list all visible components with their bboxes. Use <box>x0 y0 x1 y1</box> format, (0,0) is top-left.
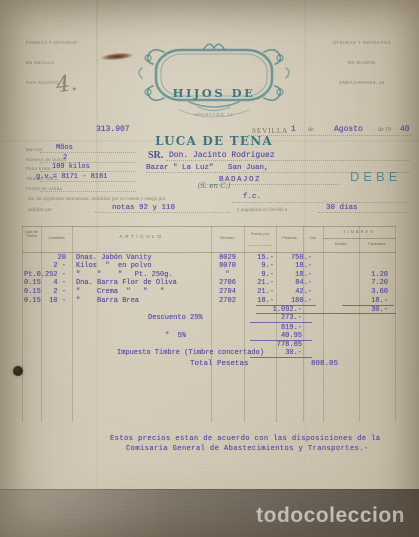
brand-line2: LUCA DE TENA <box>134 135 294 148</box>
cell-cantidad: 2 - <box>36 262 66 270</box>
adjustment-amount: 778.05 <box>250 341 302 349</box>
invoice-document: FÁBRICA Y OFICINAS EN SEVILLA SAN JACINT… <box>0 0 419 537</box>
table-row: 2 - Kilos " en polvo 8070 9.- 18.- <box>0 262 419 271</box>
table-row: 0.15 4 - Dna. Barra Flor de Oliva 2706 2… <box>0 279 419 288</box>
left-office-line2: EN SEVILLA <box>26 60 122 67</box>
letterhead-right-office: OFICINAS Y DEPÓSITOS EN MADRID EMBAJADOR… <box>314 27 410 100</box>
terms-line2-typed-a: notas 92 y 110 <box>112 204 175 212</box>
adjustment-label: Descuento 25% <box>148 314 203 322</box>
table-row: 0.15 2 - " Crema " " " 2704 21.- 42.- 3.… <box>0 288 419 297</box>
total-amount: 808.05 <box>286 360 338 368</box>
cell-articulo: " Crema " " " <box>76 288 164 296</box>
shipment-value-bultos: 2 <box>63 154 67 162</box>
col-header-articulo: ARTÍCULO <box>72 235 211 241</box>
cell-pesetas: 180.- <box>260 297 312 305</box>
cell-pesetas: 18.- <box>260 262 312 270</box>
col-header-timbres: TIMBRES <box>323 230 395 235</box>
cell-pesetas: 42.- <box>260 288 312 296</box>
date-month: Agosto <box>334 125 363 134</box>
date-day: 1 <box>291 125 296 134</box>
right-office-line3: EMBAJADORES, 29 <box>314 80 410 87</box>
cell-timbre: 18.- <box>344 297 388 305</box>
watermark-bar: todocoleccion <box>0 489 419 537</box>
right-office-line1: OFICINAS Y DEPÓSITOS <box>314 40 410 47</box>
left-office-line1: FÁBRICA Y OFICINAS <box>26 40 122 47</box>
pencil-mark: 4. <box>54 71 78 99</box>
shipment-value-marcas: Môos <box>56 144 73 152</box>
cell-articulo: Dnas. Jabón Vanity <box>76 254 152 262</box>
adjustment-label: Impuesto Timbre (Timbre concertado) <box>117 349 264 357</box>
col-header-cantidad: Cantidad <box>41 236 72 241</box>
brand-line1: HIJOS DE <box>134 87 294 100</box>
cell-pesetas: 84.- <box>260 279 312 287</box>
col-header-pesetas: Pesetas <box>276 236 303 241</box>
adjustment-amount: 40.95 <box>250 332 302 340</box>
customer-city: BADAJOZ <box>219 176 261 184</box>
cell-cantidad: 2 - <box>36 288 66 296</box>
cell-pesetas: 18.- <box>260 271 312 279</box>
col-header-precio: Precio por <box>244 232 276 237</box>
date-de19: de 19 <box>378 127 391 133</box>
cell-cantidad: 2 - <box>36 271 66 279</box>
adjustment-amount: 30.- <box>250 349 302 357</box>
cell-articulo: Dna. Barra Flor de Oliva <box>76 279 177 287</box>
footer-note-line1: Estos precios estan de acuerdo con las d… <box>110 435 380 443</box>
customer-street: San Juan, <box>228 164 269 172</box>
cell-timbre: 1.20 <box>344 271 388 279</box>
cell-cantidad: 4 - <box>36 279 66 287</box>
cell-articulo: Kilos " en polvo <box>76 262 152 270</box>
adjustment-label: " 5% <box>165 332 186 340</box>
customer-business: Bazar " La Luz" <box>146 164 214 172</box>
date-year: 40 <box>400 125 410 134</box>
footer-note-line2: Comisaría General de Abastecimientos y T… <box>126 445 369 453</box>
cell-pesetas: 750.- <box>260 254 312 262</box>
shipment-value-talones: g.v.= 8171 - 8181 <box>36 173 107 181</box>
terms-line1-print: por las siguientes mercancías, remitidas… <box>28 196 166 202</box>
col-header-timbres-moviles: Móviles <box>323 242 359 246</box>
total-label: Total Pesetas <box>190 360 249 368</box>
terms-line2-print-a: pedidas por <box>28 207 52 213</box>
invoice-number: 313.907 <box>96 125 130 134</box>
adjustment-amount: 273.- <box>250 314 302 322</box>
cell-timbre: 3.60 <box>344 288 388 296</box>
col-header-timbres-especiales: Especiales <box>359 242 395 246</box>
adjustment-amount: 819.- <box>250 324 302 332</box>
cell-articulo: " " " Pt. 250g. <box>76 271 173 279</box>
cell-articulo: " Barra Brea <box>76 297 139 305</box>
customer-name: Don. Jacinto Rodriguez <box>169 151 275 160</box>
shipment-value-peso: 109 kilos <box>52 163 90 171</box>
apartado-line: APARTADO 12 <box>154 112 274 117</box>
terms-line2-typed-b: 30 días <box>326 204 358 212</box>
col-header-numero: Número <box>211 236 244 241</box>
watermark-text: todocoleccion <box>256 504 405 528</box>
cell-cantidad: 10 - <box>36 297 66 305</box>
debe-label: DEBE <box>350 169 401 184</box>
col-header-valor-timbre: Valor del Timbre <box>22 230 41 238</box>
cell-cantidad: 20 <box>36 254 66 262</box>
right-office-line2: EN MADRID <box>314 60 410 67</box>
terms-line2-print-b: y pagaderas en Sevilla a <box>237 207 287 213</box>
col-header-cts: Cts. <box>303 236 323 241</box>
date-city: SEVILLA <box>252 127 288 135</box>
date-de: de <box>308 127 314 133</box>
terms-line1-typed: f.c. <box>243 193 261 201</box>
customer-salutation: SR. <box>148 150 163 161</box>
cell-timbre: 7.20 <box>344 279 388 287</box>
